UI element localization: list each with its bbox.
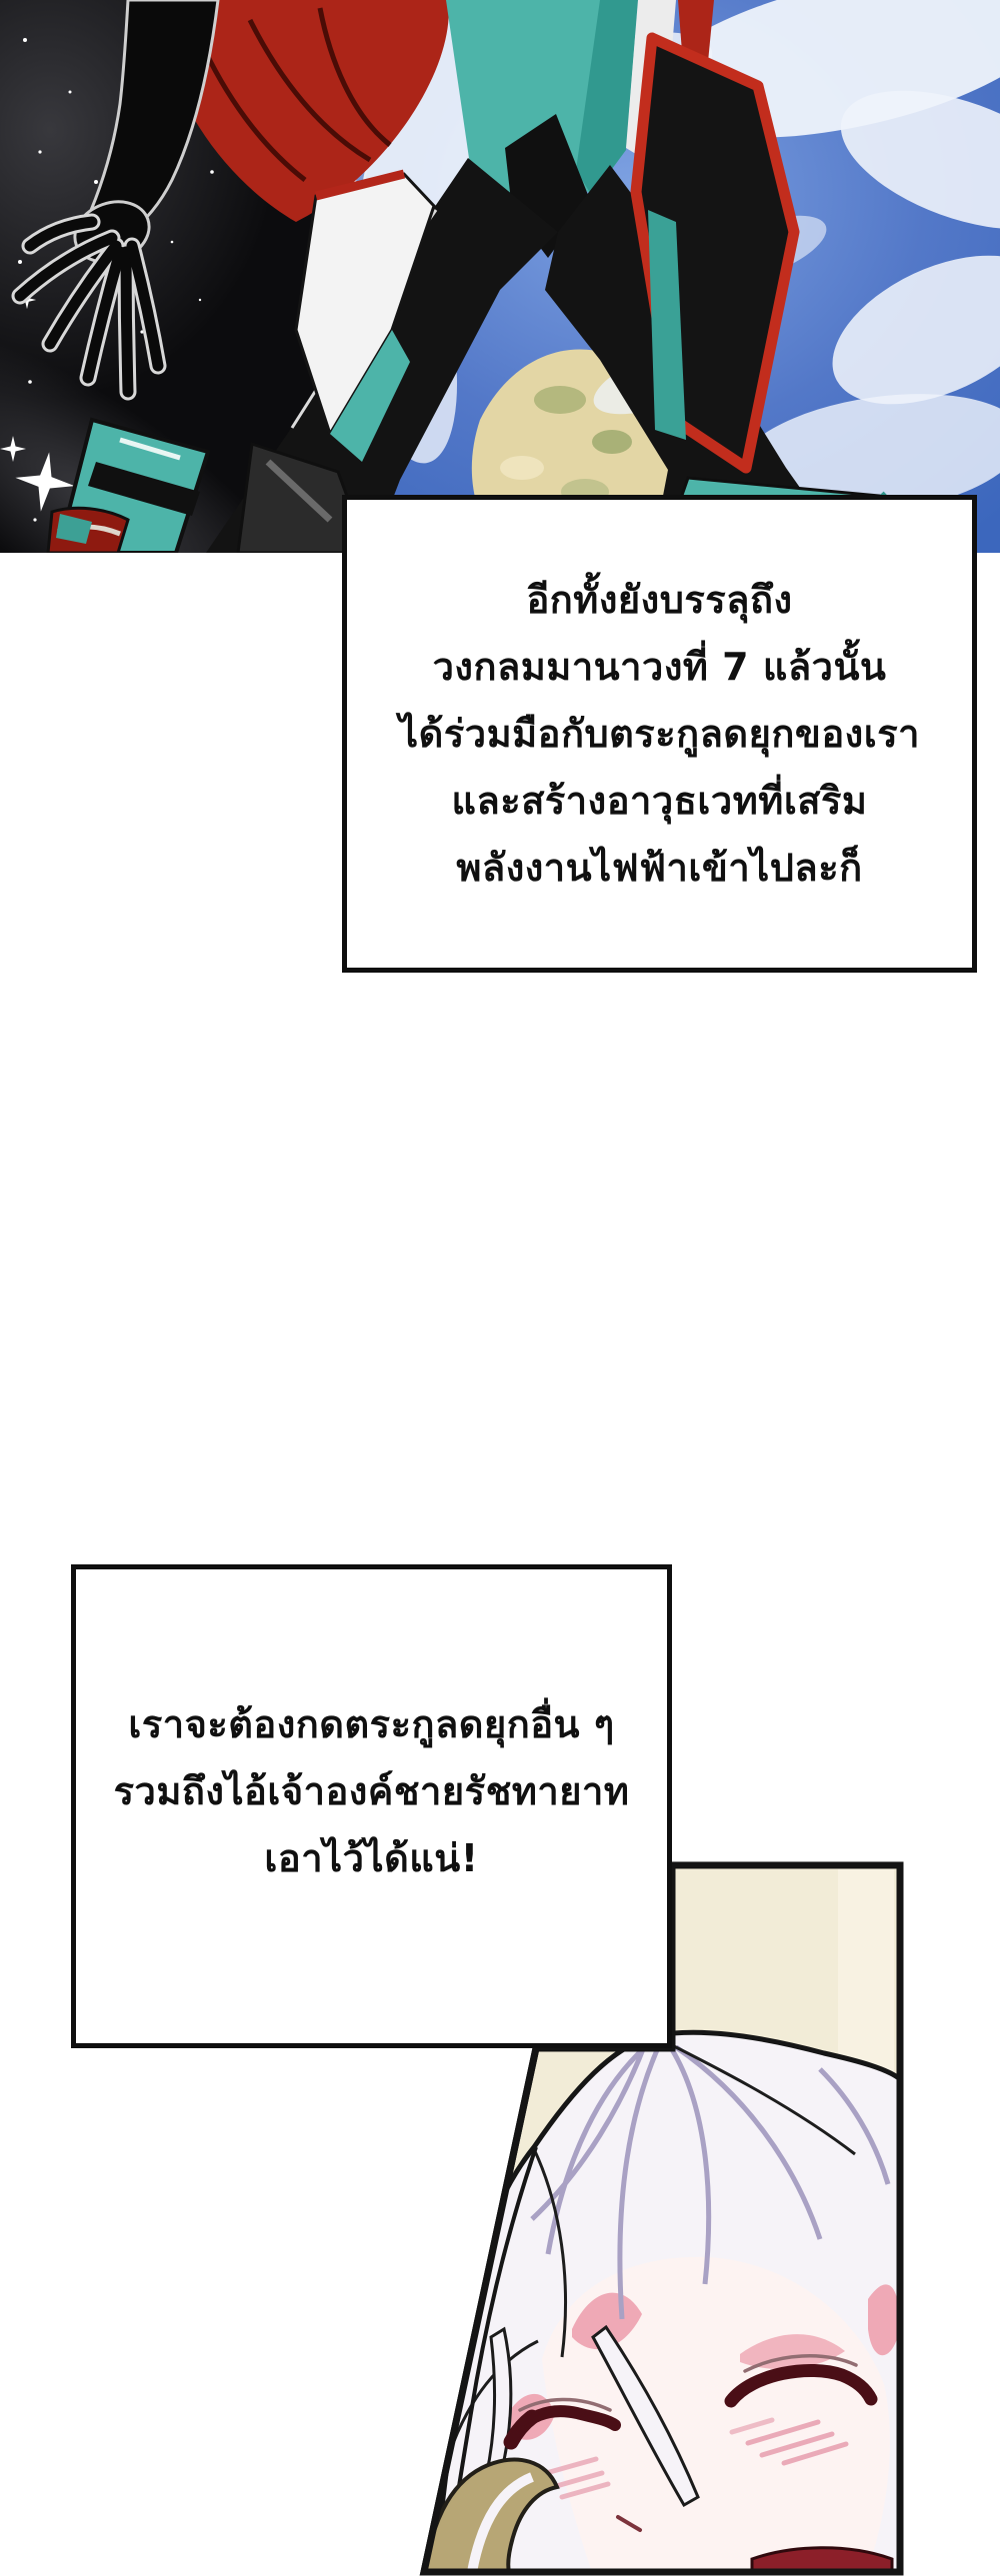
speech-bubble-2: เราจะต้องกดตระกูลดยุกอื่น ๆ รวมถึงไอ้เจ้… bbox=[71, 1564, 672, 2048]
dialogue-line: และสร้างอาวุธเวทที่เสริม bbox=[452, 768, 868, 835]
dialogue-line: รวมถึงไอ้เจ้าองค์ชายรัชทายาท bbox=[114, 1758, 630, 1825]
dialogue-line: เราจะต้องกดตระกูลดยุกอื่น ๆ bbox=[128, 1691, 614, 1758]
red-boot bbox=[48, 508, 128, 553]
dialogue-line: ได้ร่วมมือกับตระกูลดยุกของเรา bbox=[399, 701, 920, 768]
dialogue-line: เอาไว้ได้แน่! bbox=[264, 1825, 478, 1892]
space-scene-panel bbox=[0, 0, 1000, 553]
speech-bubble-1: อีกทั้งยังบรรลุถึง วงกลมมานาวงที่ 7 แล้ว… bbox=[342, 495, 977, 973]
webtoon-page: อีกทั้งยังบรรลุถึง วงกลมมานาวงที่ 7 แล้ว… bbox=[0, 0, 1000, 2576]
dialogue-line: อีกทั้งยังบรรลุถึง bbox=[526, 567, 792, 634]
dialogue-line: วงกลมมานาวงที่ 7 แล้วนั้น bbox=[433, 634, 887, 701]
dialogue-line: พลังงานไฟฟ้าเข้าไปละก็ bbox=[456, 835, 862, 902]
